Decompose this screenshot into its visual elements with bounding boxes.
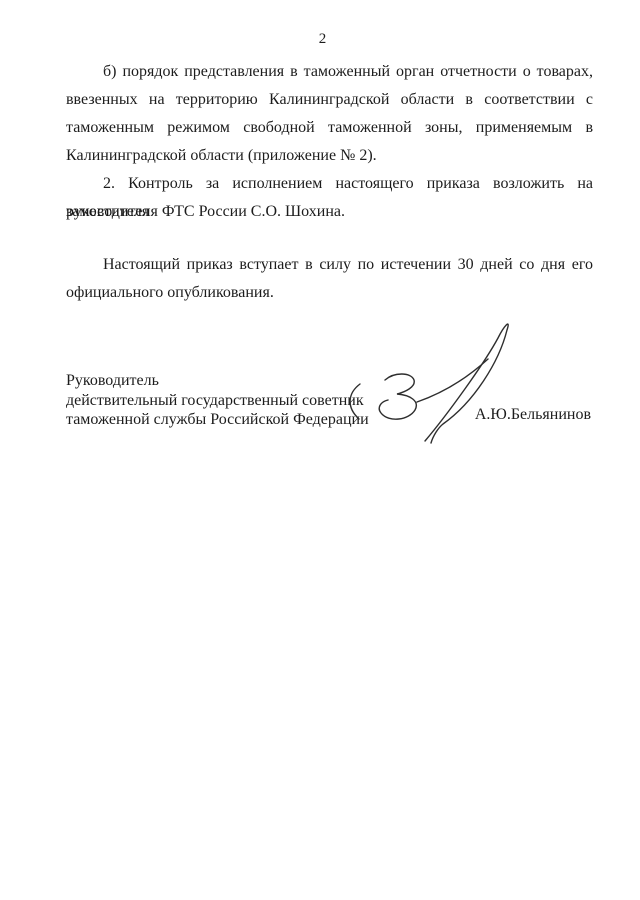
signature-cross-stroke: [417, 359, 488, 402]
signature-loop-stroke: [425, 324, 508, 443]
signature-z-stroke: [379, 374, 416, 419]
text-line: Калининградской области (приложение № 2)…: [66, 142, 593, 170]
page-number: 2: [0, 31, 640, 48]
paragraph: 2. Контроль за исполнением настоящего пр…: [66, 170, 593, 226]
document-page: 2 б) порядок представления в таможенный …: [0, 0, 640, 900]
text-line: 2. Контроль за исполнением настоящего пр…: [66, 170, 593, 198]
text-line: Настоящий приказ вступает в силу по исте…: [66, 251, 593, 279]
text-line: таможенным режимом свободной таможенной …: [66, 114, 593, 142]
text-line: официального опубликования.: [66, 279, 593, 307]
handwritten-signature-icon: [335, 312, 520, 447]
paragraph: Настоящий приказ вступает в силу по исте…: [66, 251, 593, 307]
signature-paren-stroke: [350, 384, 360, 419]
text-line: руководителя ФТС России С.О. Шохина.: [66, 198, 593, 226]
signer-name: А.Ю.Бельянинов: [475, 406, 591, 424]
paragraph: б) порядок представления в таможенный ор…: [66, 58, 593, 170]
text-line: ввезенных на территорию Калининградской …: [66, 86, 593, 114]
document-body: б) порядок представления в таможенный ор…: [66, 58, 593, 307]
text-line: б) порядок представления в таможенный ор…: [66, 58, 593, 86]
